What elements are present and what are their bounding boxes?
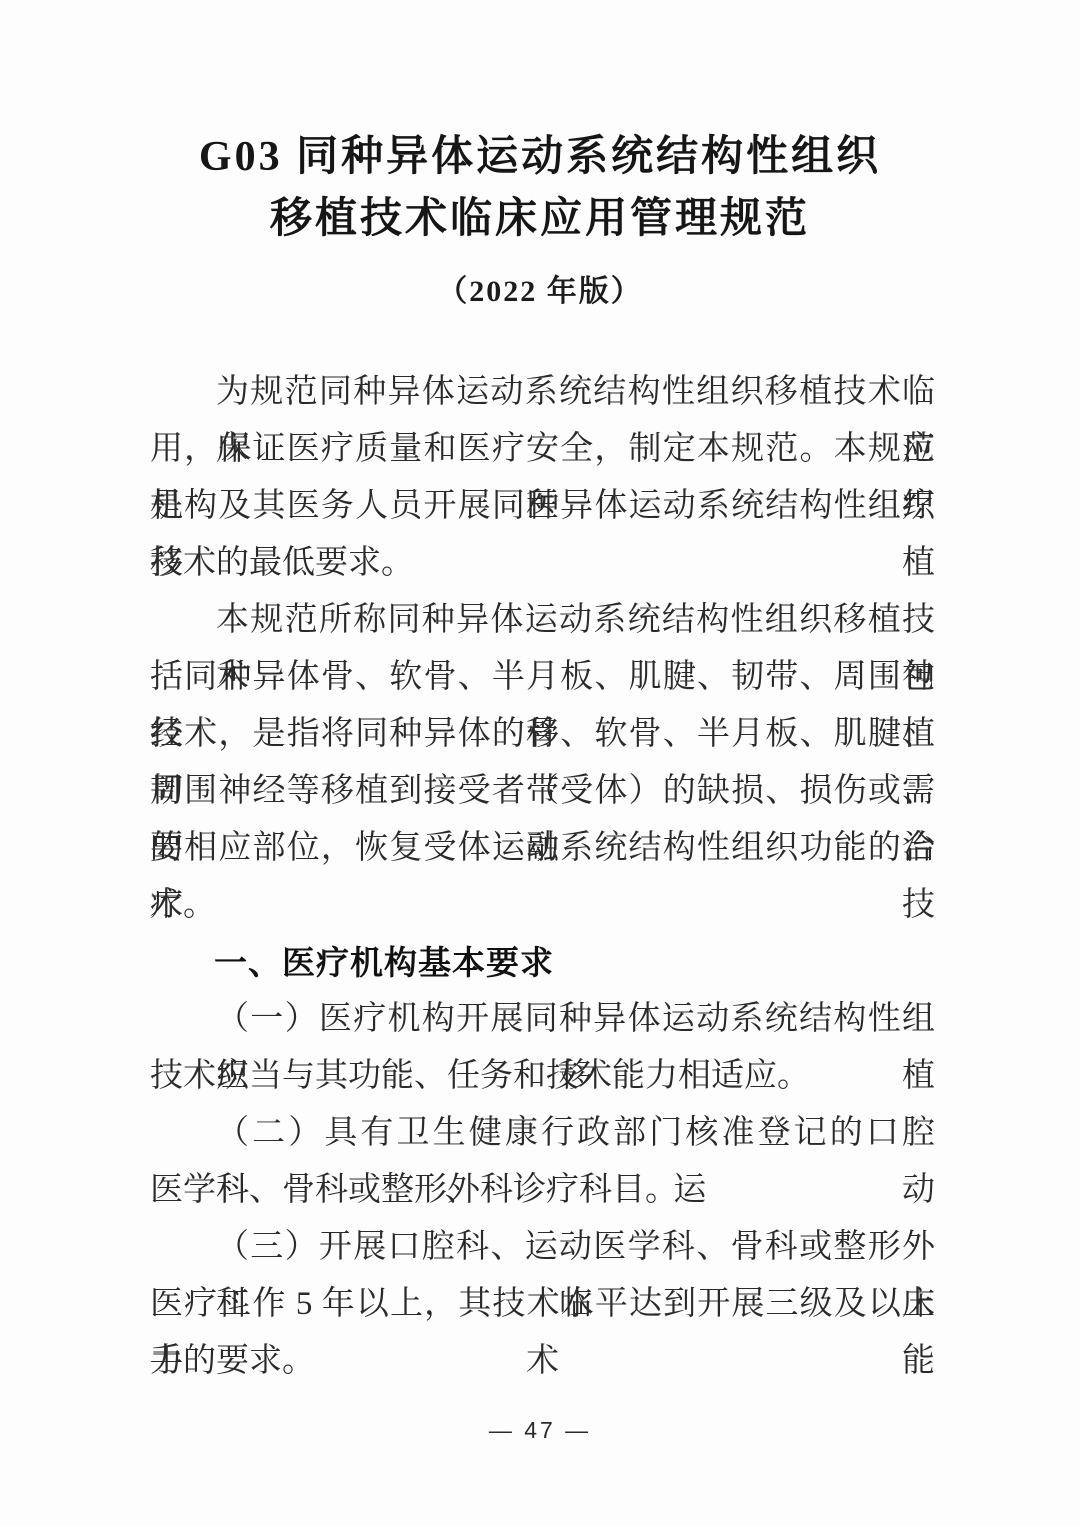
- text-line: （二）具有卫生健康行政部门核准登记的口腔科、运动: [150, 1105, 935, 1162]
- edition-note: （2022 年版）: [0, 266, 1080, 310]
- document-page: G03 同种异体运动系统结构性组织 移植技术临床应用管理规范 （2022 年版）…: [0, 0, 1080, 1526]
- text-line: 技术，是指将同种异体的骨、软骨、半月板、肌腱、韧带、: [150, 706, 935, 763]
- text-line: 本规范所称同种异体运动系统结构性组织移植技术包: [150, 592, 935, 649]
- text-line: 括同种异体骨、软骨、半月板、肌腱、韧带、周围神经移植: [150, 649, 935, 706]
- title-line-2: 移植技术临床应用管理规范: [0, 188, 1080, 250]
- document-title: G03 同种异体运动系统结构性组织 移植技术临床应用管理规范: [0, 0, 1080, 250]
- text-line: （三）开展口腔科、运动医学科、骨科或整形外科临床: [150, 1219, 935, 1276]
- text-line: （一）医疗机构开展同种异体运动系统结构性组织移植: [150, 991, 935, 1048]
- text-line: 为规范同种异体运动系统结构性组织移植技术临床应: [150, 364, 935, 421]
- page-number: — 47 —: [0, 1417, 1080, 1444]
- section-heading: 一、医疗机构基本要求: [150, 934, 935, 991]
- title-line-1: G03 同种异体运动系统结构性组织: [0, 126, 1080, 188]
- text-line: 用，保证医疗质量和医疗安全，制定本规范。本规范是医疗: [150, 421, 935, 478]
- text-line: 医疗工作 5 年以上，其技术水平达到开展三级及以上手术能: [150, 1276, 935, 1333]
- text-line: 的相应部位，恢复受体运动系统结构性组织功能的治疗技: [150, 820, 935, 877]
- text-line: 周围神经等移植到接受者（受体）的缺损、损伤或需要融合: [150, 763, 935, 820]
- body-text: 为规范同种异体运动系统结构性组织移植技术临床应用，保证医疗质量和医疗安全，制定本…: [150, 364, 935, 1390]
- text-line: 机构及其医务人员开展同种异体运动系统结构性组织移植: [150, 478, 935, 535]
